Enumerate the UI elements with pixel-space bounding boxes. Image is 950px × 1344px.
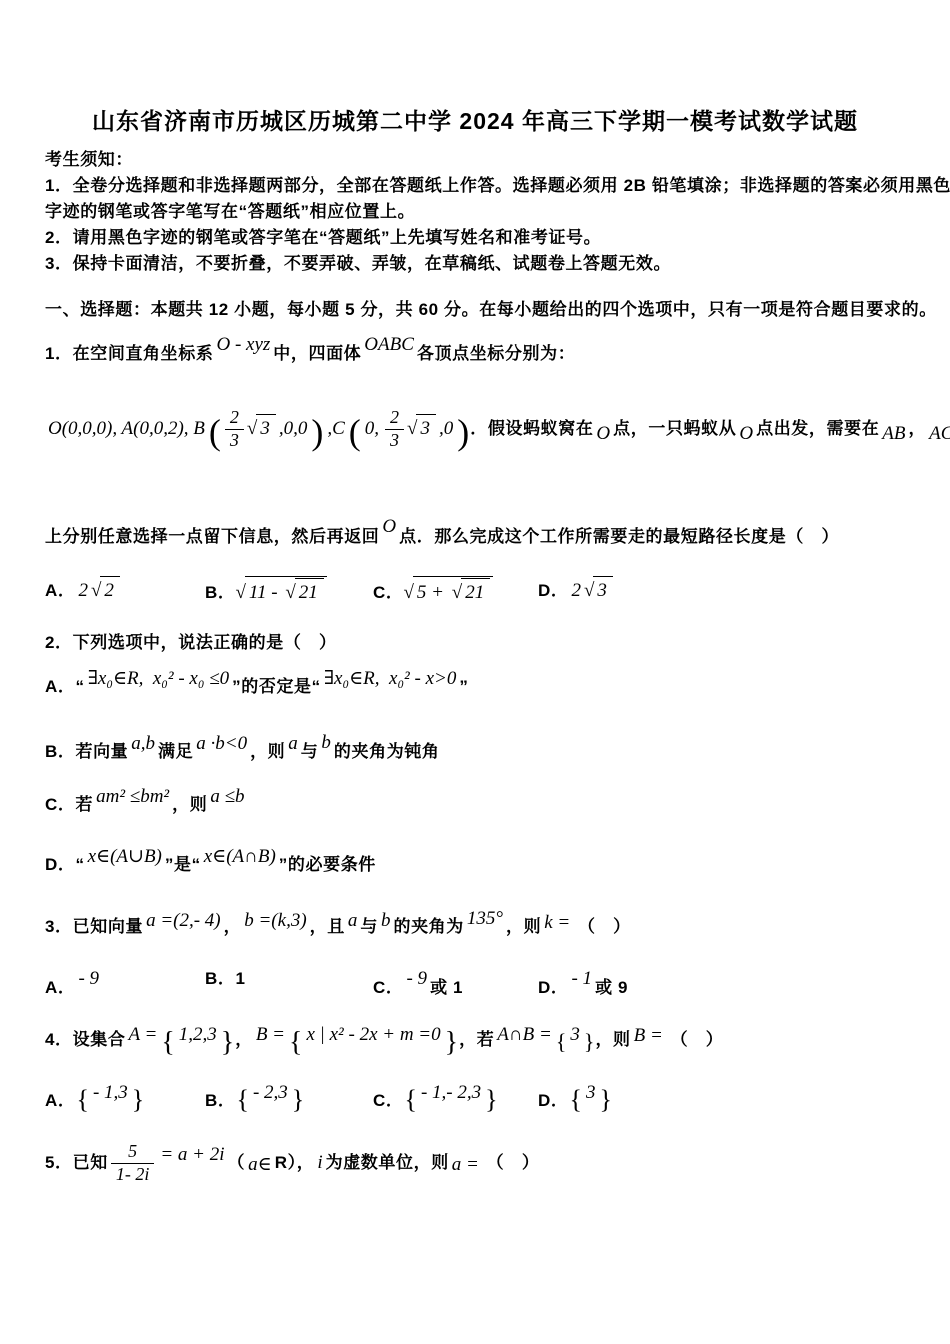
option-value: “x∈(A∪B)”是“x∈(A∩B)”的必要条件 — [75, 855, 375, 874]
question-4-option-A: A．{- 1,3} — [45, 1080, 205, 1114]
option-letter: A． — [45, 1091, 75, 1110]
option-value: - 9 — [75, 978, 102, 997]
question-2-stem: 2．下列选项中，说法正确的是（ ） — [45, 630, 912, 656]
question-1-options-row: A．2√2 B．√11 - √21 C．√5 + √21 D．2√3 — [45, 576, 912, 606]
option-value: {- 1,3} — [75, 1091, 145, 1110]
option-value: 若向量a,b满足a ·b<0，则a与b的夹角为钝角 — [75, 742, 439, 761]
option-value: 2√3 — [568, 581, 612, 600]
question-3-option-B: B．1 — [205, 966, 373, 992]
option-value: {3} — [568, 1091, 612, 1110]
option-letter: D． — [538, 581, 568, 600]
notice-heading: 考生须知： — [45, 147, 912, 173]
option-letter: C． — [373, 583, 403, 602]
page-title: 山东省济南市历城区历城第二中学 2024 年高三下学期一模考试数学试题 — [0, 106, 950, 136]
option-value: √5 + √21 — [403, 583, 493, 602]
section-1-heading: 一、选择题：本题共 12 小题，每小题 5 分，共 60 分。在每小题给出的四个… — [45, 297, 912, 323]
question-3-option-C: C．- 9或 1 — [373, 966, 538, 1001]
question-4-option-B: B．{- 2,3} — [205, 1080, 373, 1114]
question-4-option-D: D．{3} — [538, 1080, 613, 1114]
option-letter: A． — [45, 677, 75, 696]
question-1-option-C: C．√5 + √21 — [373, 576, 538, 606]
option-value: - 1或 9 — [568, 978, 628, 997]
notice-line-1: 1．全卷分选择题和非选择题两部分，全部在答题纸上作答。选择题必须用 2B 铅笔填… — [45, 173, 912, 199]
question-2-option-C: C．若am² ≤bm²，则a ≤b — [45, 784, 912, 818]
question-1-formula: O(0,0,0), A(0,0,2), B(23√3,0,0),C(0,23√3… — [45, 408, 912, 451]
question-3-options-row: A．- 9 B．1 C．- 9或 1 D．- 1或 9 — [45, 966, 912, 1001]
question-2-option-A: A．“∃x₀∈R, x₀² - x₀ ≤0”的否定是“∃x₀∈R, x₀² - … — [45, 666, 912, 700]
notice-line-3: 2．请用黑色字迹的钢笔或答字笔在“答题纸”上先填写姓名和准考证号。 — [45, 225, 912, 251]
option-letter: C． — [45, 795, 75, 814]
option-letter: C． — [373, 978, 403, 997]
question-1-option-A: A．2√2 — [45, 576, 205, 604]
option-value: - 9或 1 — [403, 978, 463, 997]
option-letter: A． — [45, 978, 75, 997]
question-2-option-B: B．若向量a,b满足a ·b<0，则a与b的夹角为钝角 — [45, 730, 912, 765]
option-value: √11 - √21 — [235, 583, 326, 602]
question-5-stem: 5．已知51- 2i= a + 2i（a∈R），i为虚数单位，则a = （ ） — [45, 1142, 912, 1185]
option-letter: B． — [45, 742, 75, 761]
option-value: {- 2,3} — [235, 1091, 305, 1110]
question-3-option-D: D．- 1或 9 — [538, 966, 628, 1001]
option-letter: D． — [538, 1091, 568, 1110]
question-4-stem: 4．设集合A ={1,2,3}，B ={x | x² - 2x + m =0}，… — [45, 1022, 912, 1057]
question-3-option-A: A．- 9 — [45, 966, 205, 1001]
option-value: 2√2 — [75, 581, 119, 600]
exam-page: { "colors": {"background": "#ffffff", "t… — [0, 0, 950, 1344]
option-value: 1 — [235, 969, 245, 988]
question-1-option-B: B．√11 - √21 — [205, 576, 373, 606]
question-1-option-D: D．2√3 — [538, 576, 613, 604]
option-value: “∃x₀∈R, x₀² - x₀ ≤0”的否定是“∃x₀∈R, x₀² - x>… — [75, 677, 468, 696]
option-letter: D． — [45, 855, 75, 874]
question-3-stem: 3．已知向量a =(2,- 4)，b =(k,3)，且a与b的夹角为135°，则… — [45, 906, 912, 940]
option-letter: B． — [205, 583, 235, 602]
option-letter: B． — [205, 969, 235, 988]
option-value: {- 1,- 2,3} — [403, 1091, 498, 1110]
question-2-option-D: D．“x∈(A∪B)”是“x∈(A∩B)”的必要条件 — [45, 844, 912, 878]
question-1-intro: 1．在空间直角坐标系O - xyz中，四面体OABC各顶点坐标分别为： — [45, 332, 912, 367]
option-letter: A． — [45, 581, 75, 600]
option-letter: D． — [538, 978, 568, 997]
question-1-continuation: 上分别任意选择一点留下信息，然后再返回O点．那么完成这个工作所需要走的最短路径长… — [45, 514, 912, 550]
question-4-options-row: A．{- 1,3} B．{- 2,3} C．{- 1,- 2,3} D．{3} — [45, 1080, 912, 1114]
notice-line-4: 3．保持卡面清洁，不要折叠，不要弄破、弄皱，在草稿纸、试题卷上答题无效。 — [45, 251, 912, 277]
option-letter: B． — [205, 1091, 235, 1110]
notice-line-2: 字迹的钢笔或答字笔写在“答题纸”相应位置上。 — [45, 199, 912, 225]
option-letter: C． — [373, 1091, 403, 1110]
question-4-option-C: C．{- 1,- 2,3} — [373, 1080, 538, 1114]
option-value: 若am² ≤bm²，则a ≤b — [75, 795, 247, 814]
